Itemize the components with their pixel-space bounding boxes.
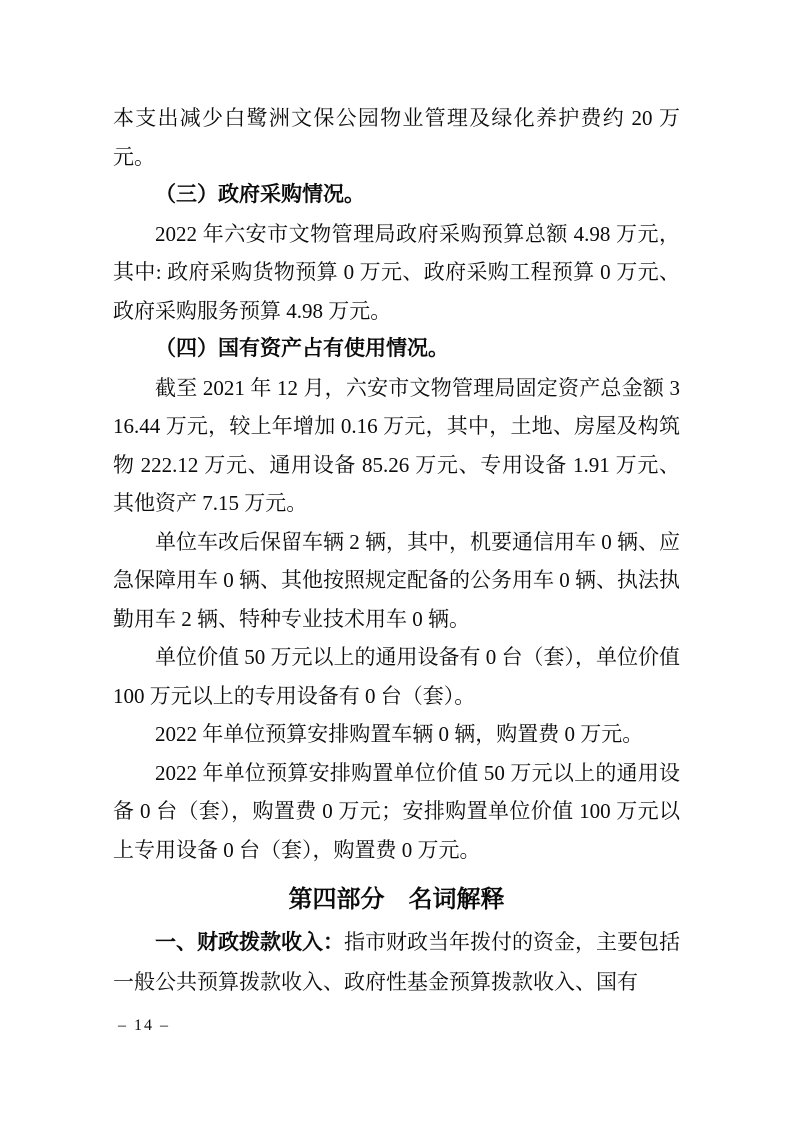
section-heading-part-four: 第四部分 名词解释 <box>113 879 680 921</box>
paragraph-equipment-holding: 单位价值 50 万元以上的通用设备有 0 台（套），单位价值 100 万元以上的… <box>113 638 680 715</box>
paragraph-definition-fiscal-appropriation: 一、财政拨款收入：指市财政当年拨付的资金，主要包括一般公共预算拨款收入、政府性基… <box>113 923 680 1001</box>
paragraph-fixed-assets: 截至 2021 年 12 月，六安市文物管理局固定资产总金额 316.44 万元… <box>113 369 680 523</box>
page-content: 本支出减少白鹭洲文保公园物业管理及绿化养护费约 20 万元。 （三）政府采购情况… <box>113 99 680 1001</box>
paragraph-continuation: 本支出减少白鹭洲文保公园物业管理及绿化养护费约 20 万元。 <box>113 99 680 176</box>
document-page: 本支出减少白鹭洲文保公园物业管理及绿化养护费约 20 万元。 （三）政府采购情况… <box>0 0 793 1122</box>
page-number: – 14 – <box>118 1014 170 1038</box>
paragraph-procurement-budget: 2022 年六安市文物管理局政府采购预算总额 4.98 万元，其中: 政府采购货… <box>113 215 680 331</box>
paragraph-equipment-purchase-budget: 2022 年单位预算安排购置单位价值 50 万元以上的通用设备 0 台（套），购… <box>113 754 680 870</box>
heading-government-procurement: （三）政府采购情况。 <box>113 176 680 215</box>
paragraph-vehicle-purchase-budget: 2022 年单位预算安排购置车辆 0 辆，购置费 0 万元。 <box>113 715 680 754</box>
heading-state-assets-usage: （四）国有资产占有使用情况。 <box>113 330 680 369</box>
definition-term: 一、财政拨款收入： <box>155 931 344 954</box>
paragraph-retained-vehicles: 单位车改后保留车辆 2 辆，其中，机要通信用车 0 辆、应急保障用车 0 辆、其… <box>113 523 680 639</box>
